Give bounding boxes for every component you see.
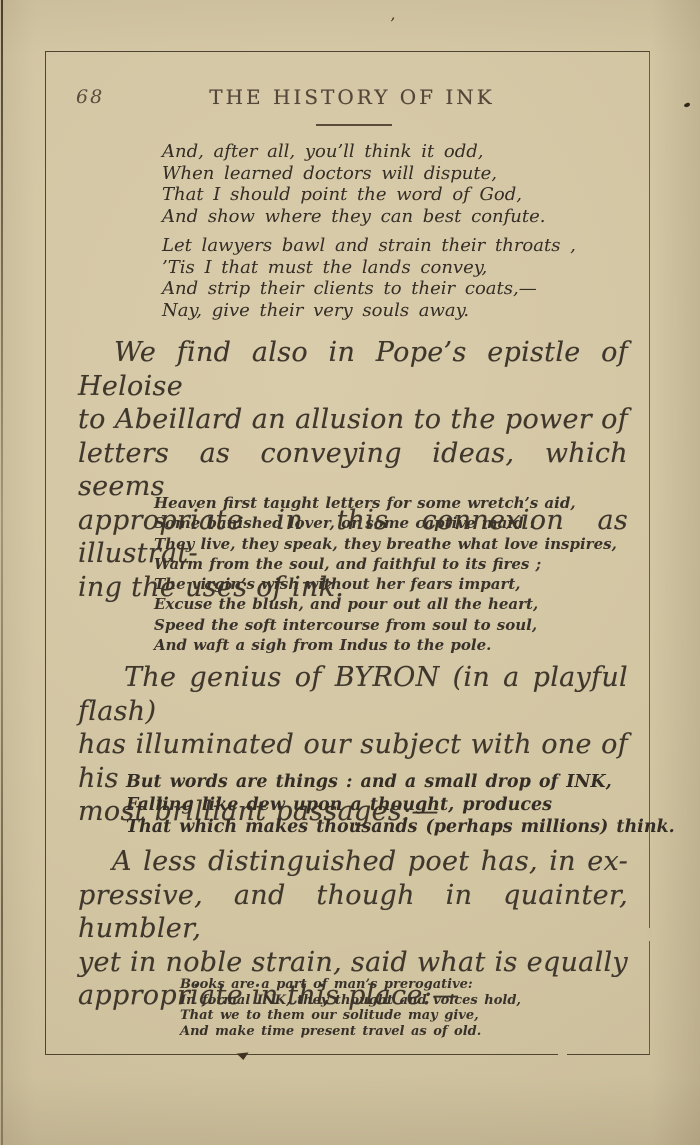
text-line: And show where they can best confute. [162,206,546,228]
verse-stanza-swift-2: Let lawyers bawl and strain their throat… [162,235,576,321]
text-line: But words are things : and a small drop … [126,771,675,794]
text-line: Nay, give their very souls away. [162,300,576,322]
header-rule [316,124,392,126]
running-header-title: THE HISTORY OF INK [50,85,654,109]
frame-break-right [647,928,652,941]
text-line: Heaven first taught letters for some wre… [154,493,617,513]
text-line: to Abeillard an allusion to the power of [78,403,628,437]
book-page-scan: { "palette": { "paper": "#d2c5a2", "pape… [0,0,700,1145]
text-line: Books are a part of man’s prerogative: [180,977,521,993]
ink-speck-top: ’ [390,14,395,33]
text-line: Let lawyers bawl and strain their throat… [162,235,576,257]
text-line: And waft a sigh from Indus to the pole. [154,635,617,655]
text-line: Speed the soft intercourse from soul to … [154,615,617,635]
text-line: The genius of BYRON (in a playful flash) [78,661,628,728]
text-line: In formal INK, they thought and voices h… [180,993,521,1009]
text-line: When learned doctors will dispute, [162,163,546,185]
text-line: That we to them our solitude may give, [180,1008,521,1024]
text-line: That I should point the word of God, [162,184,546,206]
text-line: Falling like dew upon a thought, produce… [126,794,675,817]
verse-stanza-swift-1: And, after all, you’ll think it odd,When… [162,141,546,227]
text-line: Warm from the soul, and faithful to its … [154,554,617,574]
text-line: Excuse the blush, and pour out all the h… [154,594,617,614]
text-line: We find also in Pope’s epistle of Helois… [78,336,628,403]
text-line: And make time present travel as of old. [180,1024,521,1040]
text-line: Some banished lover, or some captive mai… [154,513,617,533]
ink-speck-right [684,102,691,107]
text-line: ’Tis I that must the lands convey, [162,257,576,279]
text-line: And, after all, you’ll think it odd, [162,141,546,163]
text-line: A less distinguished poet has, in ex- [78,845,628,879]
printers-mark [237,1052,250,1060]
scan-gutter-line [1,0,3,1145]
text-line: yet in noble strain, said what is equall… [78,946,628,980]
verse-stanza-byron: But words are things : and a small drop … [126,771,675,839]
text-line: They live, they speak, they breathe what… [154,534,617,554]
frame-break-bottom [558,1052,567,1057]
text-line: That which makes thousands (perhaps mill… [126,816,675,839]
text-line: And strip their clients to their coats,— [162,278,576,300]
verse-stanza-closing: Books are a part of man’s prerogative:In… [180,977,521,1040]
text-line: pressive, and though in quainter, humble… [78,879,628,946]
text-line: The virgin’s wish without her fears impa… [154,574,617,594]
verse-stanza-pope: Heaven first taught letters for some wre… [154,493,617,655]
